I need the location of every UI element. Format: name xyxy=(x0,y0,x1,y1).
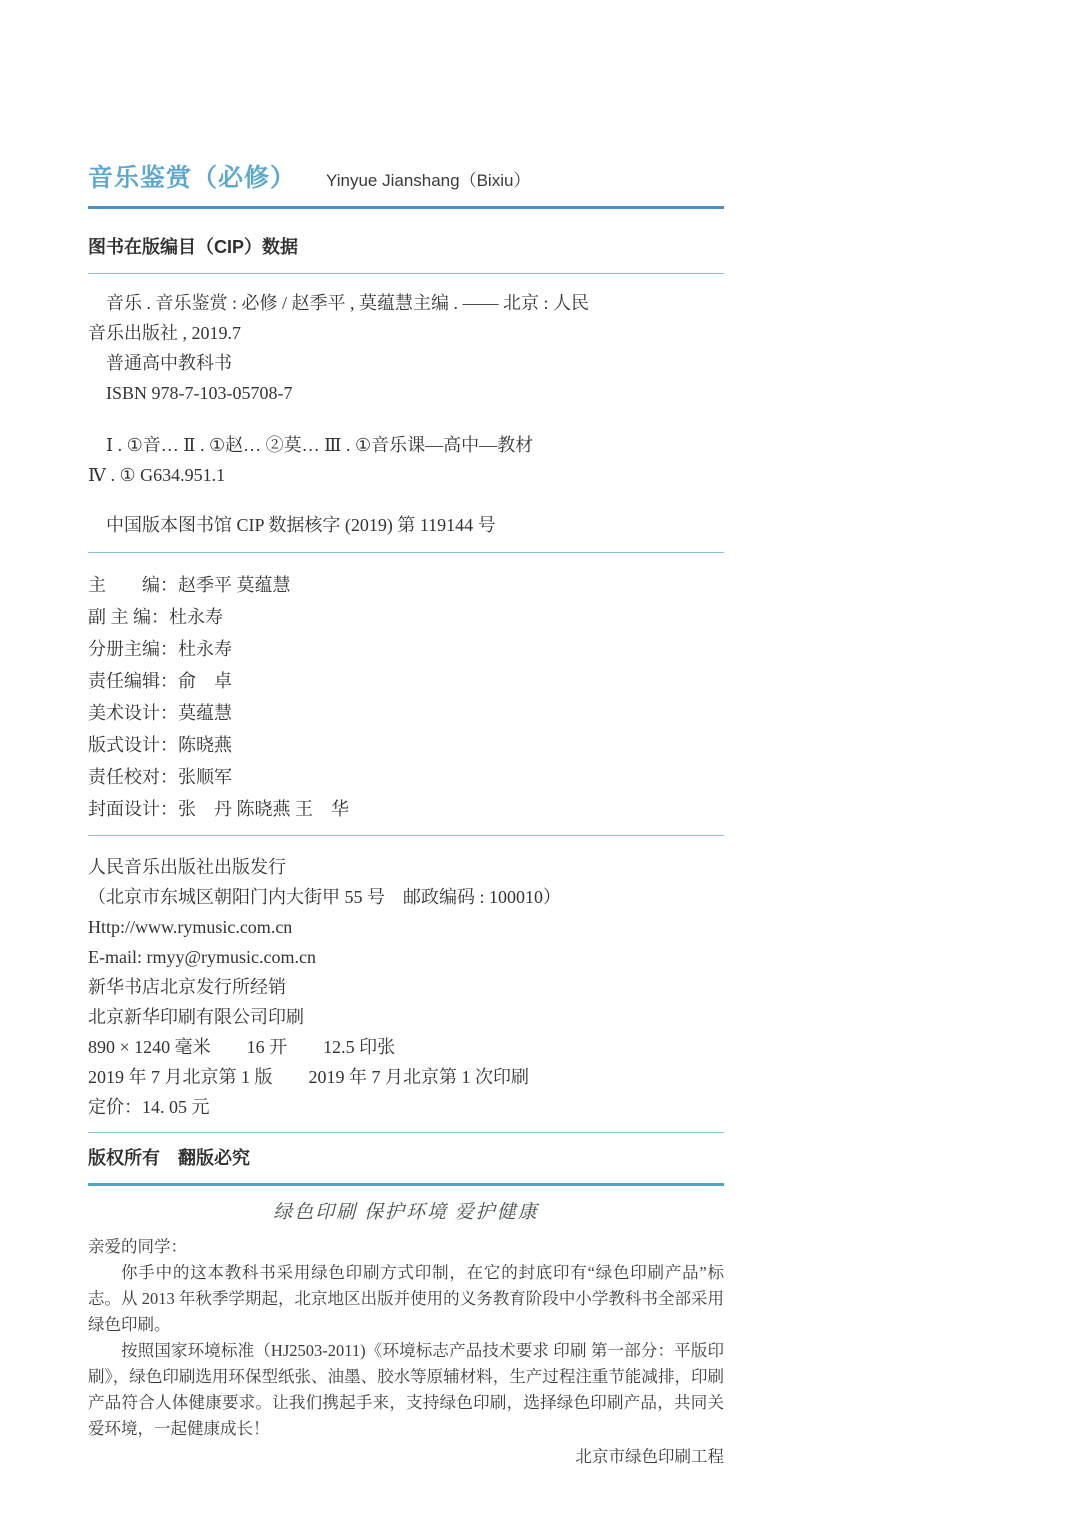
publication-block: 人民音乐出版社出版发行 （北京市东城区朝阳门内大街甲 55 号 邮政编码 : 1… xyxy=(88,852,724,1122)
cip-heading: 图书在版编目（CIP）数据 xyxy=(88,233,724,259)
page-header: 音乐鉴赏（必修） Yinyue Jianshang（Bixiu） xyxy=(88,158,724,194)
classification-line: Ⅰ . ①音… Ⅱ . ①赵… ②莫… Ⅲ . ①音乐课—高中—教材 xyxy=(88,430,724,460)
green-printing-title: 绿色印刷 保护环境 爱护健康 xyxy=(88,1200,724,1226)
credits-block: 主 编：赵季平 莫蕴慧 副 主 编：杜永寿 分册主编：杜永寿 责任编辑：俞 卓 … xyxy=(88,569,724,825)
edition-line: 2019 年 7 月北京第 1 版 2019 年 7 月北京第 1 次印刷 xyxy=(88,1062,724,1092)
credit-line: 封面设计：张 丹 陈晓燕 王 华 xyxy=(88,793,724,825)
credit-names: 陈晓燕 xyxy=(178,735,232,755)
credit-line: 责任编辑：俞 卓 xyxy=(88,665,724,697)
credit-line: 美术设计：莫蕴慧 xyxy=(88,697,724,729)
credit-role: 版式设计： xyxy=(88,735,178,755)
credit-line: 版式设计：陈晓燕 xyxy=(88,729,724,761)
green-paragraph: 你手中的这本教科书采用绿色印刷方式印制，在它的封底印有“绿色印刷产品”标志。从 … xyxy=(88,1260,724,1338)
cip-registry: 中国版本图书馆 CIP 数据核字 (2019) 第 119144 号 xyxy=(88,510,724,540)
green-paragraph: 按照国家环境标准（HJ2503-2011)《环境标志产品技术要求 印刷 第一部分… xyxy=(88,1338,724,1442)
cip-line: 普通高中教科书 xyxy=(88,348,724,378)
printer-line: 北京新华印刷有限公司印刷 xyxy=(88,1002,724,1032)
credit-names: 张 丹 陈晓燕 王 华 xyxy=(178,799,349,819)
page-content: 音乐鉴赏（必修） Yinyue Jianshang（Bixiu） 图书在版编目（… xyxy=(88,0,724,1470)
credit-names: 莫蕴慧 xyxy=(178,703,232,723)
divider xyxy=(88,273,724,274)
colophon-page: 音乐鉴赏（必修） Yinyue Jianshang（Bixiu） 图书在版编目（… xyxy=(0,0,1080,1519)
credit-line: 责任校对：张顺军 xyxy=(88,761,724,793)
green-printing-section: 绿色印刷 保护环境 爱护健康 亲爱的同学： 你手中的这本教科书采用绿色印刷方式印… xyxy=(88,1200,724,1470)
credit-role: 副 主 编： xyxy=(88,607,169,627)
credit-role: 主 编： xyxy=(88,575,178,595)
divider xyxy=(88,206,724,209)
credit-line: 副 主 编：杜永寿 xyxy=(88,601,724,633)
book-title: 音乐鉴赏（必修） xyxy=(88,158,296,194)
distributor-line: 新华书店北京发行所经销 xyxy=(88,972,724,1002)
salutation: 亲爱的同学： xyxy=(88,1234,724,1260)
cip-classification: Ⅰ . ①音… Ⅱ . ①赵… ②莫… Ⅲ . ①音乐课—高中—教材 Ⅳ . ①… xyxy=(88,430,724,490)
cip-line: 音乐出版社 , 2019.7 xyxy=(88,318,724,348)
credit-role: 责任编辑： xyxy=(88,671,178,691)
cip-line: ISBN 978-7-103-05708-7 xyxy=(88,378,724,408)
credit-role: 美术设计： xyxy=(88,703,178,723)
cip-line: 音乐 . 音乐鉴赏 : 必修 / 赵季平 , 莫蕴慧主编 . —— 北京 : 人… xyxy=(88,288,724,318)
publisher-line: 人民音乐出版社出版发行 xyxy=(88,852,724,882)
format-line: 890 × 1240 毫米 16 开 12.5 印张 xyxy=(88,1032,724,1062)
divider xyxy=(88,1183,724,1186)
cip-data-block: 音乐 . 音乐鉴赏 : 必修 / 赵季平 , 莫蕴慧主编 . —— 北京 : 人… xyxy=(88,288,724,408)
credit-line: 分册主编：杜永寿 xyxy=(88,633,724,665)
divider xyxy=(88,552,724,553)
credit-role: 封面设计： xyxy=(88,799,178,819)
publisher-website: Http://www.rymusic.com.cn xyxy=(88,912,724,942)
credit-names: 张顺军 xyxy=(178,767,232,787)
green-signature: 北京市绿色印刷工程 xyxy=(88,1444,724,1470)
divider xyxy=(88,1132,724,1133)
price-line: 定价：14. 05 元 xyxy=(88,1092,724,1122)
classification-line: Ⅳ . ① G634.951.1 xyxy=(88,460,724,490)
copyright-notice: 版权所有 翻版必究 xyxy=(88,1145,724,1171)
credit-role: 分册主编： xyxy=(88,639,178,659)
publisher-address: （北京市东城区朝阳门内大街甲 55 号 邮政编码 : 100010） xyxy=(88,882,724,912)
credit-line: 主 编：赵季平 莫蕴慧 xyxy=(88,569,724,601)
credit-names: 杜永寿 xyxy=(169,607,223,627)
publisher-email: E-mail: rmyy@rymusic.com.cn xyxy=(88,942,724,972)
credit-names: 杜永寿 xyxy=(178,639,232,659)
divider xyxy=(88,835,724,836)
book-title-pinyin: Yinyue Jianshang（Bixiu） xyxy=(326,166,530,191)
credit-names: 俞 卓 xyxy=(178,671,232,691)
credit-role: 责任校对： xyxy=(88,767,178,787)
credit-names: 赵季平 莫蕴慧 xyxy=(178,575,291,595)
